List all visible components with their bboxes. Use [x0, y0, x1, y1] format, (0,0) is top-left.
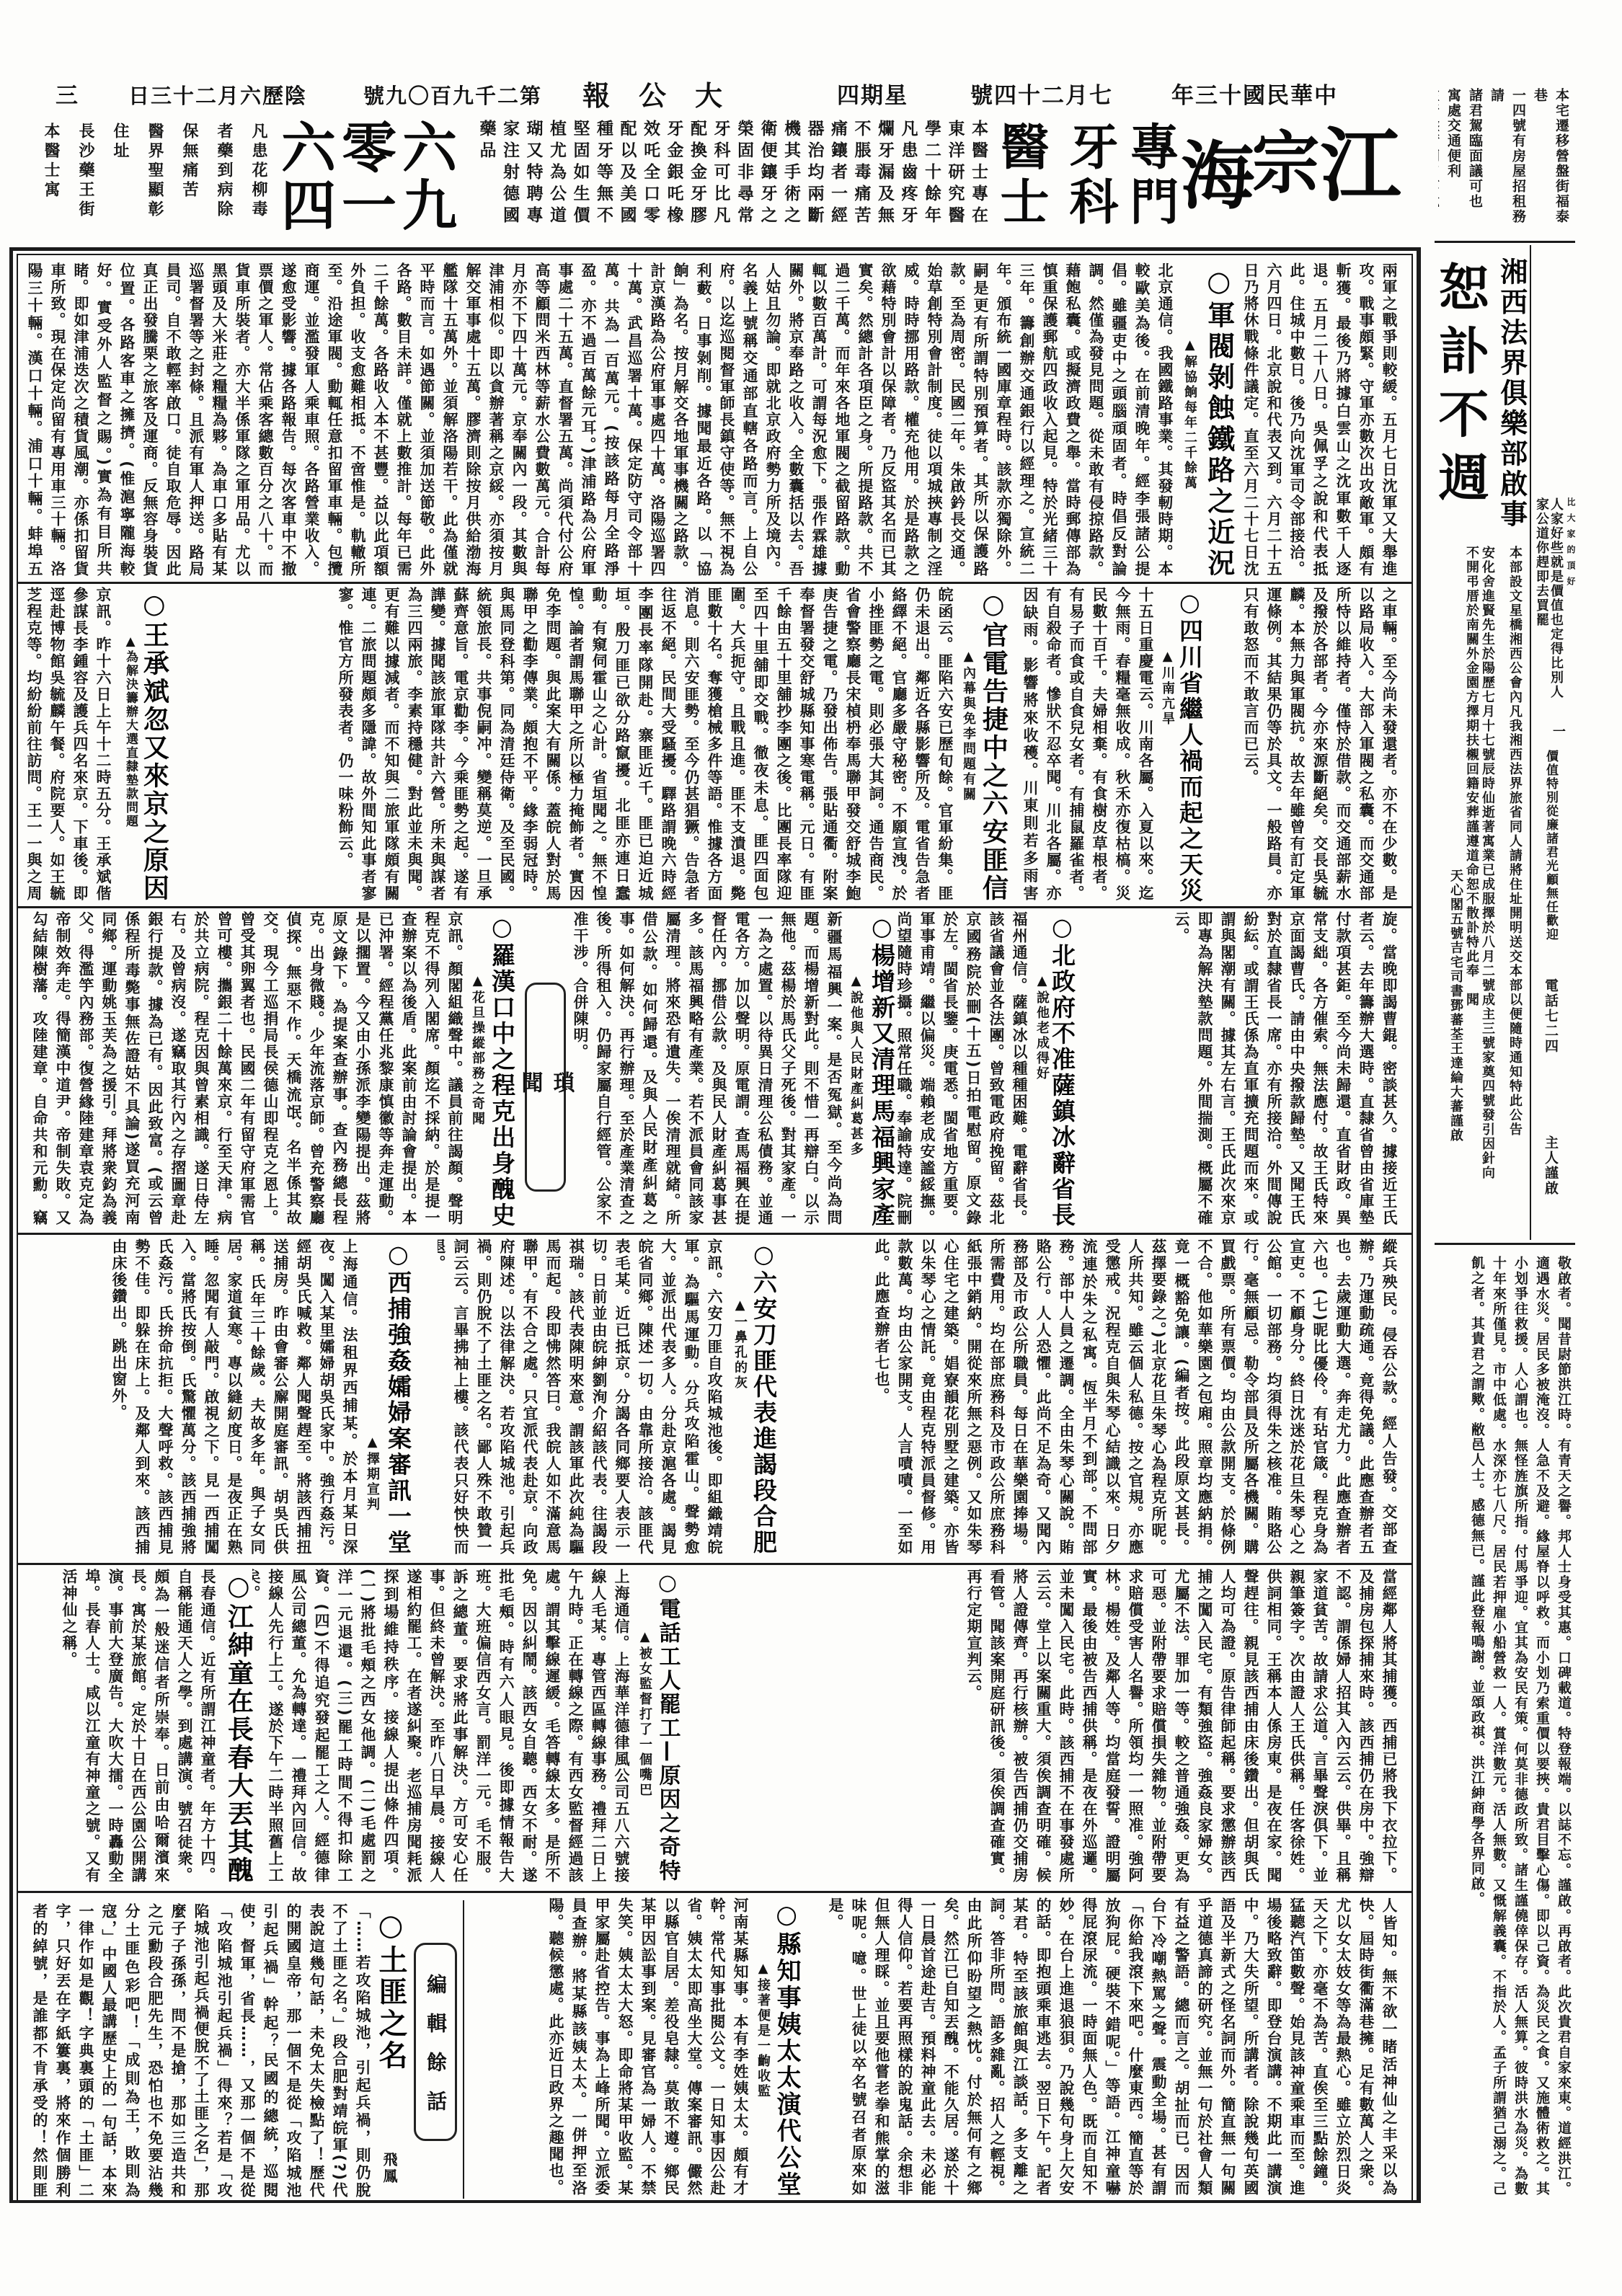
telephone-strike-headline: ○電話工人罷工—原因之奇特: [655, 1570, 680, 1883]
right-border-thick: [1417, 247, 1421, 2203]
magistrate-concubine-subhead: ▲接著便是一齣收監: [753, 1961, 772, 2099]
bottom-rule: [9, 2200, 1421, 2203]
dentist-ad-name-char-zong: 宗: [1246, 127, 1313, 195]
dentist-ad-specialty-3: 醫士: [996, 121, 1045, 231]
liuan-envoy-subhead: ▲一鼻孔的灰: [730, 1298, 749, 1391]
dentist-ad-specialty-1: 專門: [1126, 121, 1175, 231]
masthead-republic-year: 中華民國十三年: [1168, 81, 1338, 111]
railway-article-subhead: ▲解協餉每年二千餘萬: [1180, 337, 1199, 491]
shop-ad-line-1: 人家好些就是價值也定得比別人: [1548, 497, 1564, 699]
sa-zhenbing-body: 福州通信。薩鎮冰以種種困難。電辭省長。該省議會並各法團。曾致電政府挽留。茲北京國…: [892, 911, 1031, 1226]
jiang-prodigy-body: 長春通信。近有所謂江神童者。年方十四。自稱能通天人之學。到處講演。號召徒衆。頗為…: [23, 1569, 219, 1884]
trivia-section-label-box: 瑣聞: [525, 983, 566, 1192]
bandit-name-editorial-headline: ○土匪之名: [374, 1909, 407, 2072]
editorial-section-label-box: 編輯餘話: [414, 1943, 457, 2141]
liuan-envoy-headline: ○六安刀匪代表進謁段合肥: [750, 1240, 777, 1556]
dentist-ad-name-char-hai: 海: [1175, 137, 1249, 210]
liuan-envoy-body: 京訊。六安刀匪自攻陷城池後。即組織靖皖軍。為驅馬運動。分兵攻陷霍山。聲勢愈大。並…: [438, 1238, 726, 1556]
editorial-section-label: 編輯餘話: [421, 1974, 450, 2129]
remedy-ad-number-914: 九一四: [279, 177, 465, 235]
shop-ad-signature: 主人謹啟: [1543, 1135, 1559, 1196]
shop-ad-line-1-end: 一: [1550, 724, 1566, 739]
railway-article-headline: ○軍閥剝蝕鐵路之近況: [1202, 265, 1234, 580]
liuan-report-headline: ○官電告捷中之六安匪信: [978, 590, 1008, 903]
wang-chengbin-headline: ○王承斌忽又來京之原因: [139, 590, 169, 903]
obituary-column-3: 天心閣五號吉宅司書鄧蕃荃王達綸大蕃謹啟: [1448, 869, 1463, 1143]
masthead-page-number: 三: [58, 81, 79, 111]
top-right-notice: 本宅遷移營盤街福泰巷 一四號有房屋招租務請 諸君駕臨面議可也 寓處交通便利 在營…: [1438, 88, 1572, 232]
magistrate-concubine-headline: ○縣知事姨太太演代公堂: [772, 1900, 800, 2198]
law-club-notice-heading: 湘西法界俱樂部啟事: [1495, 257, 1527, 530]
tier-rule-3: [18, 1233, 1412, 1235]
sichuan-drought-body: 十五日重慶電云。川南各屬。入夏以來。迄今無雨。春糧毫無收成。秋禾亦復枯槁。災民數…: [1019, 587, 1157, 902]
sichuan-drought-subhead: ▲川南亢旱: [1158, 649, 1176, 727]
magistrate-concubine-body: 河南某縣知事。本有李姓姨太太。頗有才幹。常代知事批閱公文。一日知事因公赴省。姨太…: [475, 1897, 752, 2197]
wang-chengbin-continuation: 旋。當晚即謁曹錕。密談甚久。據接近王氏者云。去年籌辦大選時。直隸省曾由省庫墊付款…: [1078, 911, 1401, 1226]
yang-zengxin-headline: ○楊增新又清理馬福興家產: [868, 913, 895, 1228]
obituary-heading: 恕訃不週: [1435, 261, 1485, 515]
right-strip-mid-rule: [1435, 1243, 1575, 1245]
yang-zengxin-body: 新疆馬福興一案。是否冤獄。至今尚為問題。而楊增新對此。則不惜一再辯白。以示無他。…: [569, 911, 846, 1226]
left-border-thin: [17, 254, 18, 2203]
railway-article-body: 北京通信。我國鐵路事業。其發軔時期。本較歐美為後。在前清晚年。經李張諸公提倡。雖…: [23, 262, 1176, 577]
cheng-ke-headline: ○羅漢口中之程克出身醜史: [488, 913, 515, 1228]
bandit-name-editorial-body: 「……若攻陷城池，引起兵禍，則仍脫不了土匪之名。」段合肥對靖皖軍(?)代表說這幾…: [28, 1903, 374, 2199]
dentist-ad-name-char-jiang: 江: [1313, 123, 1394, 203]
liuan-report-subhead: ▲內幕與免李問題有關: [959, 649, 978, 802]
editorial-divider: [463, 1900, 464, 2199]
telephone-strike-body: 上海通信。上海華洋德律風公司五八六號接線人毛某。專管西區轉線事務。禮拜二日上午九…: [252, 1569, 633, 1884]
shop-ad-tagline: 比大家的頂好: [1563, 497, 1579, 593]
police-assault-body: 上海通信。法租界西捕某。於本月某日深夜。闖入某里孀婦胡吳氏家中。強行姦污。經胡吳…: [22, 1238, 361, 1556]
obituary-column-1: 安化舍進賢先生於陽歷七月十七號辰時仙逝著寓業已成服擇於八月二號成主三號家奠四號發…: [1479, 546, 1495, 1180]
clinic-ad-copy: 凡患花柳毒 者藥到病除 保無痛苦 醫界聖顯彰 住址 長沙藥王街 本醫士寓: [14, 123, 275, 244]
dentist-ad-specialty-2: 牙科: [1065, 121, 1114, 231]
wang-chengbin-subhead: ▲為解決籌辦大選直隸墊款問題: [121, 634, 140, 828]
right-strip-top-rule: [1435, 241, 1575, 243]
wang-chengbin-body: 京訊。昨十六日上午十二時五分。王承斌偕參謀長李鍾容及護兵四名來京。下車後。即逕赴…: [22, 587, 115, 902]
cheng-ke-body: 京訊。顏閣組織聲中。議員前往謁顏。聲明程克不得列入閣席。顏迄不採納。於是提一查辦…: [28, 911, 466, 1226]
tier-rule-5: [18, 1891, 1412, 1893]
masthead-lunar-date: 陰歷六月二十三日: [112, 81, 307, 111]
masthead-title: 大公報: [603, 81, 751, 111]
railway-article-continuation: 之車輛。至今尚未發還者。亦不在少數。是以路局收入。大部入軍閥之私囊。而交通部所恃…: [1216, 587, 1401, 902]
sichuan-drought-headline: ○四川省繼人禍而起之天災: [1176, 588, 1203, 904]
yang-zengxin-subhead: ▲說他與人民財產糾葛甚多: [846, 973, 865, 1157]
jiang-prodigy-headline: ○江紳童在長春大丟其醜: [223, 1572, 253, 1884]
tier-rule-1: [18, 582, 1412, 584]
jiang-prodigy-continuation: 人皆知。無不欲一睹活神仙之丰采以為快。屆時街衢滿巷擁。足有數萬人之衆。尤以女太妓…: [801, 1897, 1401, 2197]
police-assault-continuation: 當經鄰人將其捕獲。西捕已將我下衣拉下。及捕房包探捕來時。該西捕仍在房中。強辯不認…: [709, 1569, 1401, 1884]
top-rule-thick: [9, 247, 1421, 251]
shop-ad-line-2: 家公道你趕即去買罷: [1533, 497, 1549, 627]
trivia-section-label: 瑣聞: [514, 1071, 577, 1189]
left-border-thick: [9, 247, 13, 2203]
remedy-ad-number-606: 六零六: [279, 120, 465, 177]
shop-ad-price: 價值特別從廉諸君光顧無任歡迎: [1543, 750, 1559, 941]
shop-ad-phone: 電話七二四: [1543, 978, 1559, 1054]
sa-zhenbing-subhead: ▲說他老成得好: [1032, 973, 1051, 1081]
police-assault-subhead: ▲擇期宣判: [363, 1435, 381, 1512]
law-club-notice-body: 本部設文星橋湘西公會內凡我湘西法界旅省同人請將住址開明送交本部以便隨時通知特此公…: [1507, 546, 1523, 1137]
telephone-strike-subhead: ▲被女監督打了一個嘴巴: [635, 1629, 654, 1798]
right-border-thin: [1412, 254, 1413, 2203]
right-strip-divider: [1530, 245, 1531, 1240]
dentist-ad-copy: 本醫士專在 東洋研究醫 學二十餘年 凡患齒疼牙 爛牙漏及無 不脹毒痛苦 痛鑲者一…: [474, 120, 990, 232]
tier-rule-2: [18, 906, 1412, 908]
guangxi-truce-article-body: 兩軍之戰爭則較緩。五月七日沈軍又大舉進攻。戰事頗緊。守軍亦數次出攻敵軍。頗有斬獲…: [1239, 262, 1401, 577]
cheng-ke-continuation: 縱兵殃民。侵吞公款。經人告發。交部查辦。乃運動疏通。竟得免議。此應查辦者五也。去…: [778, 1238, 1401, 1556]
masthead-weekday: 星期四: [832, 81, 908, 111]
bandit-name-editorial-author: 飛鳳: [380, 2152, 399, 2185]
cheng-ke-subhead: ▲花旦操縱部務之奇聞: [468, 973, 487, 1127]
police-assault-headline: ○西捕強姦孀婦案審訊一堂: [384, 1240, 412, 1556]
masthead-month-day: 七月二十四號: [969, 81, 1113, 111]
obituary-column-2: 不開弔厝於南關外金園方擇期扶櫬回籍安葬謹遵道命恕不散訃特此奉 聞: [1463, 546, 1479, 1007]
masthead-issue-number: 第二千九百〇九號: [350, 81, 542, 111]
tier-rule-4: [18, 1563, 1412, 1565]
sa-zhenbing-headline: ○北政府不准薩鎮冰辭省長: [1048, 913, 1076, 1228]
top-rule-thin: [17, 254, 1413, 255]
liuan-report-body: 皖函云。匪陷六安已歷旬餘。官軍紛集。匪仍未退出。鄰近各縣影響所及。電省告急者絡繹…: [184, 587, 957, 902]
thank-you-letter-body: 敬啟者。聞昔尉節洪江時。有青天之譽。邦人士身受其惠。口碑載道。特登報端。以誌不忘…: [1433, 1256, 1574, 2197]
